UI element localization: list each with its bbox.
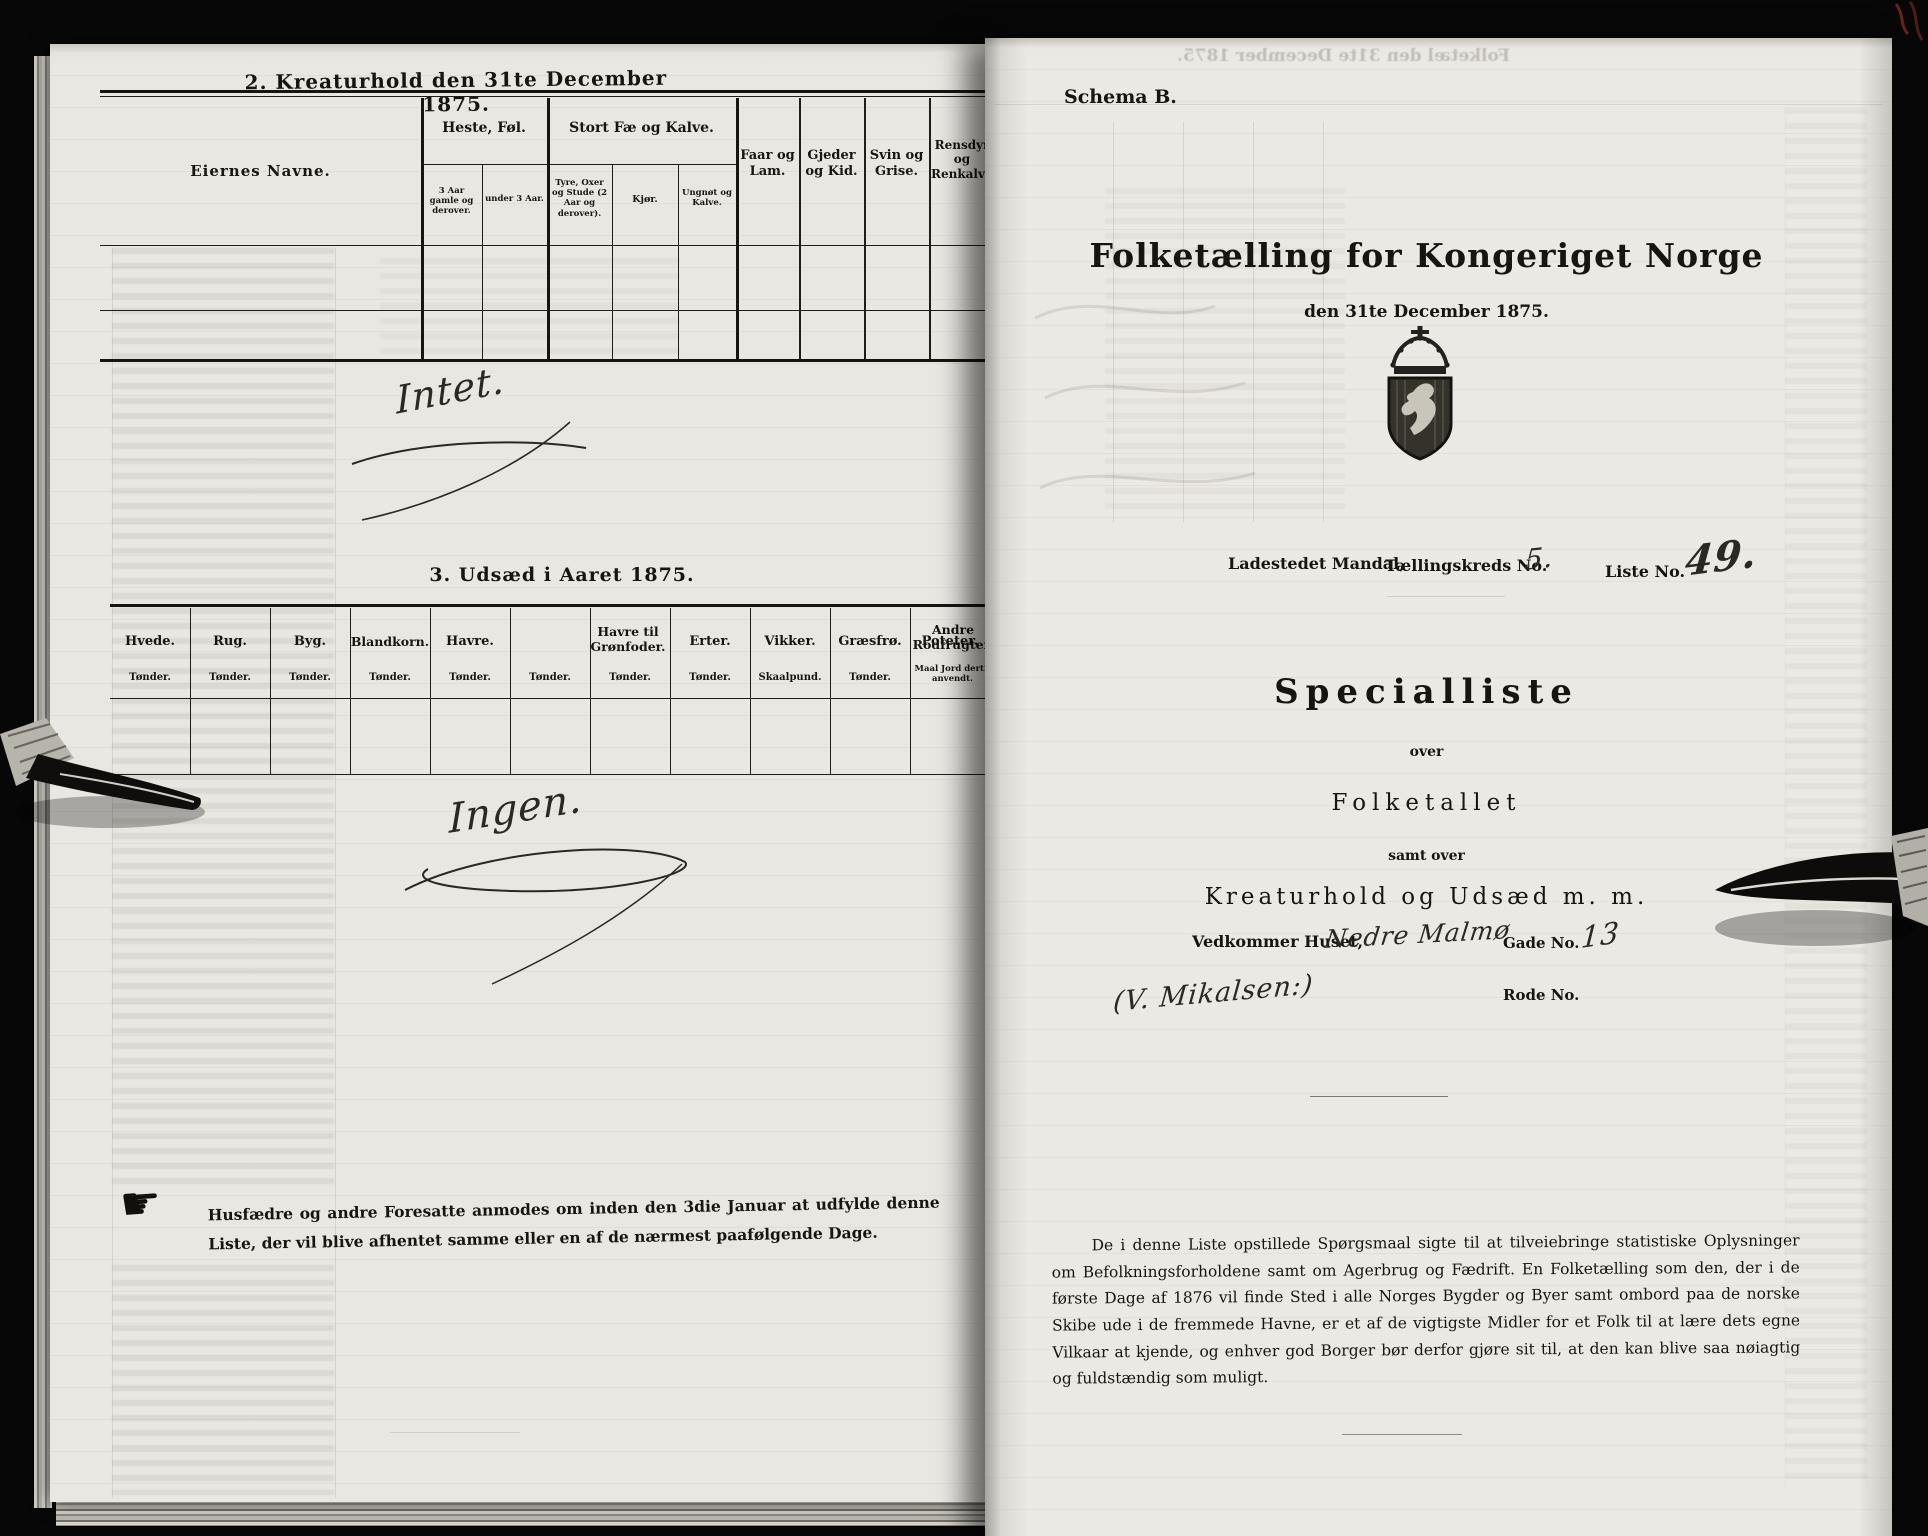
column-header-reindeer: Rensdyr og Renkalve. xyxy=(931,138,993,181)
crop-unit: Tønder. xyxy=(110,672,190,684)
crop-unit: Skaalpund. xyxy=(750,672,830,684)
district-label: Tællingskreds No. xyxy=(1385,556,1547,575)
manicule-icon: ☛ xyxy=(118,1175,163,1232)
column-header-horses-old: 3 Aar gamle og derover. xyxy=(423,186,480,217)
census-title: Folketælling for Kongeriget Norge xyxy=(985,236,1880,275)
pen-flourish xyxy=(340,416,610,536)
column-header-horses-young: under 3 Aar. xyxy=(484,194,545,204)
binding-clip-right-icon xyxy=(1695,828,1928,968)
crop-unit: Tønder. xyxy=(350,672,430,684)
section3-title: 3. Udsæd i Aaret 1875. xyxy=(342,564,782,586)
district-value-handwritten: 5. xyxy=(1524,540,1555,576)
column-header-sheep: Faar og Lam. xyxy=(738,148,797,179)
column-header-bulls: Tyre, Oxer og Stude (2 Aar og derover). xyxy=(549,178,610,219)
instruction-paragraph: De i denne Liste opstillede Spørgsmaal s… xyxy=(1051,1227,1800,1392)
rode-label: Rode No. xyxy=(1503,986,1579,1004)
crop-header: Erter. xyxy=(670,634,750,650)
handwritten-intet: Intet. xyxy=(395,357,506,422)
udsaed-table: Hvede. Rug. Byg. Blandkorn. Havre. Havre… xyxy=(110,604,995,775)
crop-unit: Tønder. xyxy=(270,672,350,684)
crop-header: Vikker. xyxy=(750,634,830,650)
crop-unit: Tønder. xyxy=(190,672,270,684)
crop-header-andre: Andre Rodfrugter. xyxy=(912,622,994,652)
pen-flourish xyxy=(380,816,720,996)
crop-header: Blandkorn. xyxy=(350,634,430,649)
divider-rule xyxy=(1342,1434,1462,1435)
gade-value-handwritten: 13 xyxy=(1580,915,1621,955)
crop-header: Rug. xyxy=(190,634,270,650)
place-name: Ladestedet Mandal, xyxy=(1228,554,1405,573)
crop-header: Havre til Grønfoder. xyxy=(590,624,666,654)
specialliste-folketallet: Folketallet xyxy=(985,790,1880,816)
column-group-horses: Heste, Føl. xyxy=(421,120,547,137)
specialliste-heading: Specialliste xyxy=(985,672,1880,712)
coat-of-arms-icon xyxy=(1375,326,1465,464)
crop-header: Byg. xyxy=(270,634,350,650)
column-header-cows: Kjør. xyxy=(614,194,676,205)
specialliste-over: over xyxy=(985,744,1880,760)
crop-unit: Tønder. xyxy=(590,672,670,684)
column-header-owners: Eiernes Navne. xyxy=(100,162,421,180)
binding-clip-left-icon xyxy=(0,712,215,842)
gade-label: Gade No. xyxy=(1503,934,1579,952)
crop-unit: Tønder. xyxy=(670,672,750,684)
column-group-cattle: Stort Fæ og Kalve. xyxy=(547,120,736,137)
right-page: Folketæl den 31te December 1875. Schema … xyxy=(985,38,1892,1536)
liste-label: Liste No. xyxy=(1605,562,1685,581)
crop-unit: Tønder. xyxy=(830,672,910,684)
crop-unit: Tønder. xyxy=(430,672,510,684)
crop-unit: Tønder. xyxy=(510,672,590,684)
column-header-pigs: Svin og Grise. xyxy=(866,148,927,179)
crop-header: Havre. xyxy=(430,634,510,650)
bleed-through-text xyxy=(112,1265,334,1495)
crop-header: Græsfrø. xyxy=(830,634,910,650)
notice-text: Husfædre og andre Foresatte anmodes om i… xyxy=(208,1188,941,1260)
column-header-calves: Ungnøt og Kalve. xyxy=(680,188,734,208)
divider-rule xyxy=(1310,1096,1448,1097)
kreaturhold-table: Eiernes Navne. Heste, Føl. 3 Aar gamle o… xyxy=(100,90,995,362)
bleed-through-handwriting xyxy=(1015,278,1315,578)
liste-value-handwritten: 49. xyxy=(1683,529,1759,586)
crop-header: Hvede. xyxy=(110,634,190,650)
scanned-census-spread: 2. Kreaturhold den 31te December 1875. E… xyxy=(0,0,1928,1536)
archive-marks xyxy=(1890,0,1928,60)
column-header-goats: Gjeder og Kid. xyxy=(801,148,862,179)
page-stack-edge-bottom xyxy=(56,1500,986,1526)
crop-unit: Maal Jord dertil anvendt. xyxy=(912,664,993,684)
